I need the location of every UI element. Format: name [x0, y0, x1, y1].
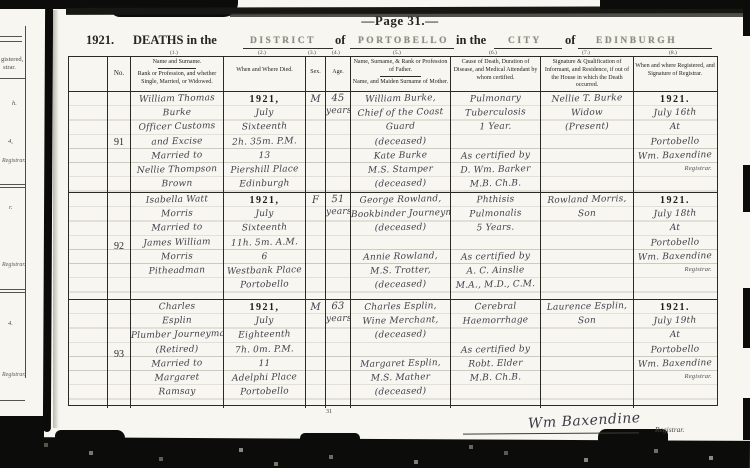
- handwritten-line: 1921,: [224, 193, 305, 207]
- prev-page-rule: [0, 400, 25, 401]
- name-cell: CharlesEsplinPlumber Journeyman,(Retired…: [131, 300, 224, 408]
- sex-cell: F: [306, 193, 326, 299]
- registrar-label: Registrar.: [655, 425, 684, 434]
- title-underline: [350, 48, 454, 49]
- when-where-died-cell: 1921,JulySixteenth2h. 35m. P.M.13Piershi…: [224, 92, 306, 192]
- prev-page-text-fragment: strar.: [3, 64, 16, 71]
- title-district-stamp: DISTRICT: [250, 36, 316, 46]
- header-sex: Sex.: [306, 57, 326, 91]
- table-header-row: No. Name and Surname. Rank or Profession…: [69, 57, 717, 92]
- prev-page-rule: [0, 292, 25, 293]
- when-where-died-cell: 1921,JulyEighteenth7h. 0m. P.M.11Adelphi…: [224, 300, 306, 408]
- handwritten-line: years: [326, 206, 350, 220]
- handwritten-line: 1921,: [224, 92, 305, 106]
- entry-number: 92: [108, 193, 131, 299]
- registered-cell: 1921.July 18thAtPortobelloWm. BaxendineR…: [634, 193, 716, 299]
- prev-page-text-fragment: gistered,: [1, 56, 23, 63]
- registered-cell: 1921.July 16thAtPortobelloWm. BaxendineR…: [634, 92, 716, 192]
- scan-artifact-right-edge: [743, 398, 750, 440]
- handwritten-line: Registrar.: [634, 371, 716, 383]
- name-cell: William ThomasBurkeOfficer Customsand Ex…: [131, 92, 224, 192]
- header-no: No.: [108, 57, 131, 91]
- prev-page-rule: [0, 187, 25, 188]
- handwritten-line: [451, 327, 540, 343]
- handwritten-line: (Present): [541, 119, 633, 135]
- handwritten-line: Portobello: [634, 235, 716, 251]
- prev-page-rule: [0, 289, 25, 290]
- handwritten-line: Son: [541, 313, 633, 329]
- handwritten-line: At: [634, 327, 716, 343]
- handwritten-line: Brown: [131, 176, 223, 192]
- handwritten-line: 51: [326, 193, 350, 206]
- registered-cell: 1921.July 19thAtPortobelloWm. BaxendineR…: [634, 300, 716, 408]
- margin-cell: [69, 193, 108, 299]
- handwritten-line: Wm. Baxendine: [634, 356, 716, 372]
- handwritten-line: 11h. 5m. A.M.: [224, 235, 305, 251]
- parents-cell: Charles Esplin,Wine Merchant,(deceased)M…: [351, 300, 451, 408]
- handwritten-line: (deceased): [351, 176, 450, 192]
- handwritten-line: 2h. 35m. P.M.: [224, 134, 305, 150]
- handwritten-line: 5 Years.: [451, 220, 540, 236]
- header-parents: Name, Surname, & Rank or Profession of F…: [351, 57, 451, 91]
- margin-cell: [69, 92, 108, 192]
- scan-artifact-top-right: [600, 0, 750, 9]
- header-divider: [380, 76, 421, 77]
- page-number-heading: —Page 31.—: [300, 13, 500, 29]
- handwritten-line: Son: [541, 206, 633, 222]
- footer-page-number: 31: [326, 409, 332, 415]
- scan-artifact-right-edge: [743, 165, 750, 212]
- handwritten-line: At: [634, 220, 716, 236]
- prev-page-registrar-fragment: Registrar.: [2, 372, 26, 378]
- parents-cell: George Rowland,Bookbinder Journeyman,(de…: [351, 193, 451, 299]
- handwritten-line: Officer Customs: [131, 119, 223, 135]
- handwritten-line: Eighteenth: [224, 327, 305, 343]
- header-name: Name and Surname. Rank or Profession, an…: [131, 57, 224, 91]
- age-cell: 45years: [326, 92, 351, 192]
- title-district-value-stamp: PORTOBELLO: [358, 36, 449, 46]
- handwritten-line: 1 Year.: [451, 119, 540, 135]
- header-registered: When and where Registered, and Signature…: [634, 57, 716, 91]
- title-deaths-label: DEATHS in the: [133, 33, 217, 48]
- prev-page-rule: [0, 78, 25, 79]
- cause-of-death-cell: PulmonaryTuberculosis1 Year.As certified…: [451, 92, 541, 192]
- header-informant: Signature & Qualification of Informant, …: [541, 57, 634, 91]
- sex-cell: M: [306, 300, 326, 408]
- scan-artifact-right-edge: [743, 288, 750, 348]
- header-parents-top: Name, Surname, & Rank or Profession of F…: [352, 59, 449, 75]
- table-row-entry-93: 93 CharlesEsplinPlumber Journeyman,(Reti…: [69, 300, 717, 408]
- handwritten-line: Portobello: [224, 384, 305, 400]
- prev-page-text-fragment: 4,: [8, 138, 13, 145]
- scan-artifact-right-edge: [743, 0, 750, 36]
- prev-page-text-fragment: 4.: [8, 320, 13, 327]
- handwritten-line: Portobello: [634, 134, 716, 150]
- handwritten-line: M.A., M.D., C.M.: [451, 277, 540, 293]
- parents-cell: William Burke,Chief of the CoastGuard(de…: [351, 92, 451, 192]
- entry-number: 91: [108, 92, 131, 192]
- prev-page-registrar-fragment: Registrar.: [2, 158, 26, 164]
- handwritten-line: years: [326, 105, 350, 119]
- handwritten-line: Wm. Baxendine: [634, 148, 716, 164]
- handwritten-line: 1921.: [634, 193, 716, 207]
- handwritten-line: 1921,: [224, 300, 305, 314]
- handwritten-line: Sixteenth: [224, 220, 305, 236]
- handwritten-line: Married to: [131, 220, 223, 236]
- prev-page-text-fragment: h.: [12, 100, 17, 107]
- handwritten-line: Edinburgh: [224, 176, 305, 192]
- header-divider: [158, 68, 196, 69]
- scan-noise-speckles: [0, 0, 2, 2]
- title-in-the: in the: [456, 33, 486, 48]
- header-margin: [69, 57, 108, 91]
- handwritten-line: 63: [326, 300, 350, 313]
- title-of: of: [565, 33, 575, 48]
- prev-page-registrar-fragment: Registrar.: [2, 262, 26, 268]
- margin-cell: [69, 300, 108, 408]
- previous-page-fragment: gistered, strar. h. 4, Registrar. r. Reg…: [0, 26, 30, 418]
- handwritten-line: Sixteenth: [224, 119, 305, 135]
- entry-number: 93: [108, 300, 131, 408]
- title-underline: [494, 48, 562, 49]
- header-age: Age.: [326, 57, 351, 91]
- table-row-entry-91: 91 William ThomasBurkeOfficer Customsand…: [69, 92, 717, 193]
- handwritten-line: 7h. 0m. P.M.: [224, 342, 305, 358]
- handwritten-line: Portobello: [634, 342, 716, 358]
- sex-cell: M: [306, 92, 326, 192]
- book-gutter-shadow: [53, 10, 59, 428]
- handwritten-line: M.B. Ch.B.: [451, 370, 540, 386]
- handwritten-line: At: [634, 119, 716, 135]
- informant-cell: Laurence Esplin,Son: [541, 300, 634, 408]
- header-parents-bottom: Name, and Maiden Surname of Mother.: [352, 79, 449, 87]
- when-where-died-cell: 1921,JulySixteenth11h. 5m. A.M.6Westbank…: [224, 193, 306, 299]
- handwritten-line: Portobello: [224, 277, 305, 293]
- name-cell: Isabella WattMorrisMarried toJames Willi…: [131, 193, 224, 299]
- handwritten-line: 1921.: [634, 92, 716, 106]
- book-gutter-fold: [43, 6, 53, 432]
- handwritten-line: Registrar.: [634, 163, 716, 175]
- handwritten-line: 1921.: [634, 300, 716, 314]
- cause-of-death-cell: PhthisisPulmonalis5 Years.As certified b…: [451, 193, 541, 299]
- prev-page-rule: [0, 184, 25, 185]
- handwritten-line: years: [326, 313, 350, 327]
- handwritten-line: (deceased): [351, 277, 450, 293]
- handwritten-line: Registrar.: [634, 264, 716, 276]
- title-city-value-stamp: EDINBURGH: [596, 36, 677, 46]
- scan-artifact-bottom-bump: [55, 430, 125, 442]
- header-name-top: Name and Surname.: [132, 59, 222, 67]
- table-row-entry-92: 92 Isabella WattMorrisMarried toJames Wi…: [69, 193, 717, 300]
- informant-cell: Nellie T. BurkeWidow(Present): [541, 92, 634, 192]
- prev-page-text-fragment: r.: [9, 204, 12, 211]
- cause-of-death-cell: CerebralHaemorrhageAs certified byRobt. …: [451, 300, 541, 408]
- title-underline: [243, 48, 333, 49]
- informant-cell: Rowland Morris,Son: [541, 193, 634, 299]
- register-table: No. Name and Surname. Rank or Profession…: [68, 56, 718, 406]
- scan-artifact-bottom-left: [0, 416, 44, 468]
- age-cell: 63years: [326, 300, 351, 408]
- handwritten-line: (deceased): [351, 384, 450, 400]
- scan-artifact-bottom-bump: [300, 433, 360, 441]
- title-city-stamp: CITY: [508, 36, 542, 46]
- handwritten-line: Ramsay: [131, 384, 223, 400]
- death-register-scan: gistered, strar. h. 4, Registrar. r. Reg…: [0, 0, 750, 468]
- age-cell: 51years: [326, 193, 351, 299]
- title-of: of: [335, 33, 345, 48]
- handwritten-line: M.B. Ch.B.: [451, 176, 540, 192]
- handwritten-line: [131, 277, 223, 293]
- title-year: 1921.: [86, 33, 114, 48]
- handwritten-line: 45: [326, 92, 350, 105]
- header-died: When and Where Died.: [224, 57, 306, 91]
- title-underline: [578, 48, 712, 49]
- header-cause: Cause of Death, Duration of Disease, and…: [451, 57, 541, 91]
- prev-page-column-rule: [25, 26, 26, 378]
- handwritten-line: Wm. Baxendine: [634, 249, 716, 265]
- handwritten-line: Plumber Journeyman,: [131, 327, 223, 343]
- header-name-bottom: Rank or Profession, and whether Single, …: [132, 71, 222, 87]
